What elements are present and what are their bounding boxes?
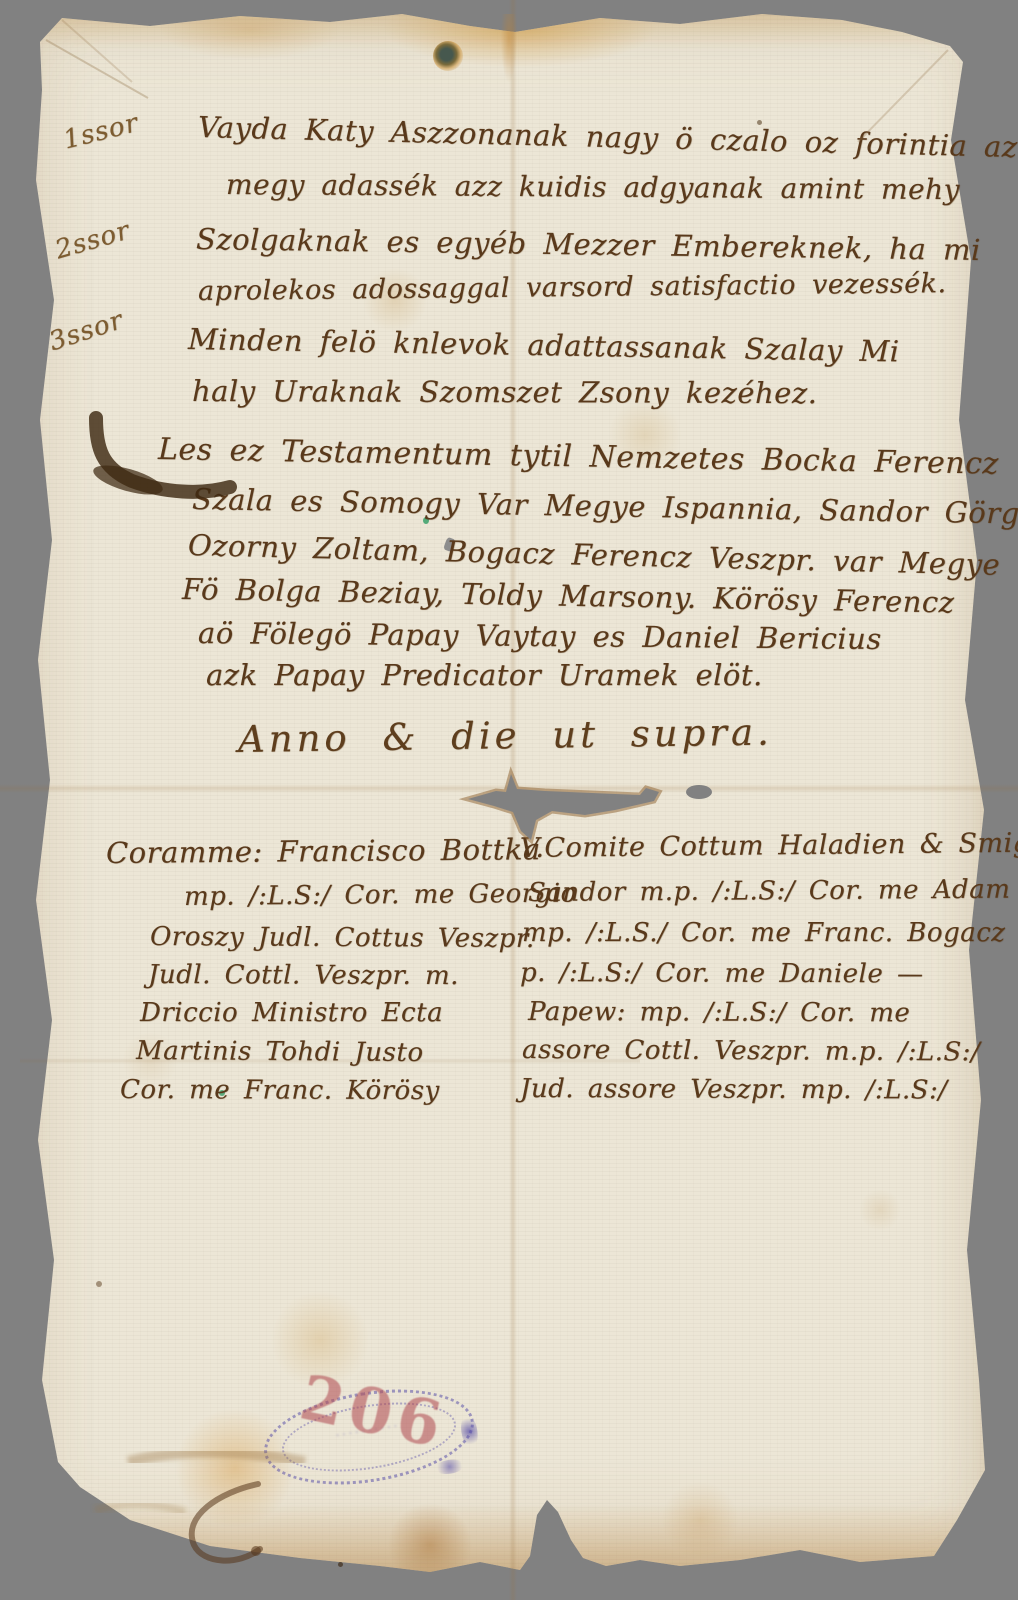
signature-line: mp. /:L.S./ Cor. me Franc. Bogacz (522, 918, 1005, 948)
signature-line: Sandor m.p. /:L.S:/ Cor. me Adam (528, 875, 1011, 908)
signature-line: Papew: mp. /:L.S:/ Cor. me (528, 997, 910, 1028)
signature-line: Judl. Cottl. Veszpr. m. (148, 960, 459, 991)
ink-speck (338, 1562, 343, 1567)
signature-line: Cor. me Franc. Körösy (120, 1075, 440, 1106)
signature-line: Oroszy Judl. Cottus Veszpr. (150, 922, 535, 954)
signature-line: mp. /:L.S:/ Cor. me Georgio (184, 879, 577, 912)
signature-line: Martinis Tohdi Justo (136, 1036, 424, 1068)
signature-line: assore Cottl. Veszpr. m.p. /:L.S:/ (522, 1035, 980, 1067)
signature-line: Coramme: Francisco Bottka (106, 832, 541, 870)
signature-line: p. /:L.S:/ Cor. me Daniele — (520, 958, 924, 989)
manuscript-line: azk Papay Predicator Uramek elöt. (206, 658, 763, 692)
manuscript-line: aö Fölegö Papay Vaytay es Daniel Bericiu… (198, 616, 882, 656)
signature-line: Jud. assore Veszpr. mp. /:L.S:/ (520, 1074, 948, 1105)
dateline: Anno & die ut supra. (238, 711, 773, 761)
ink-blot-spot (433, 41, 463, 71)
signature-line: V.Comite Cottum Haladien & Smig (520, 828, 1018, 864)
manuscript-line: megy adassék azz kuidis adgyanak amint m… (226, 168, 960, 206)
ink-speck (96, 1281, 102, 1287)
manuscript-line: haly Uraknak Szomszet Zsony kezéhez. (192, 374, 817, 410)
signature-line: Driccio Ministro Ecta (140, 998, 443, 1028)
manuscript-photo: 1ssor Vayda Katy Aszzonanak nagy ö czalo… (0, 0, 1018, 1600)
